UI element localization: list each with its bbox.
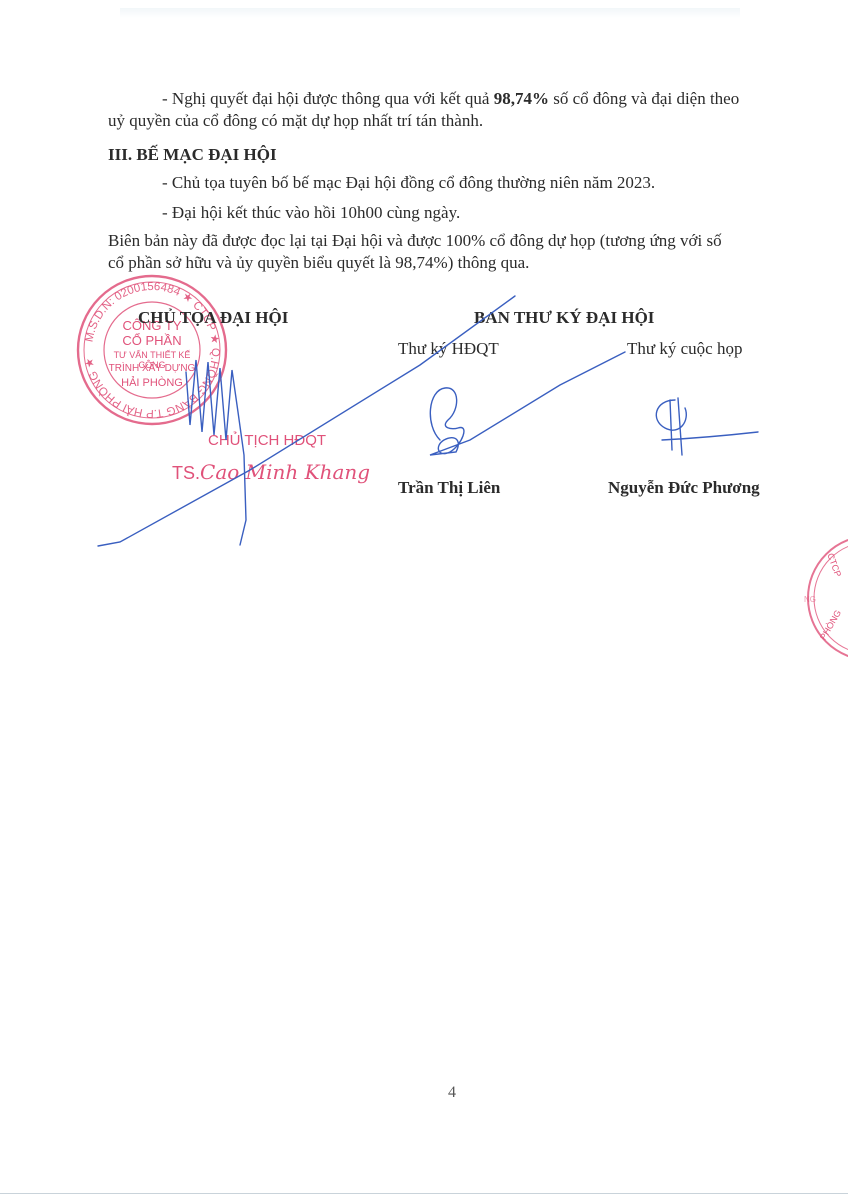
document-page: - Nghị quyết đại hội được thông qua với … [0,0,848,1200]
scan-bottom-edge [0,1193,848,1194]
stamp-right-edge [0,0,848,1200]
page-number: 4 [448,1084,456,1102]
stamp-edge-fragment-3: NG [804,595,816,604]
